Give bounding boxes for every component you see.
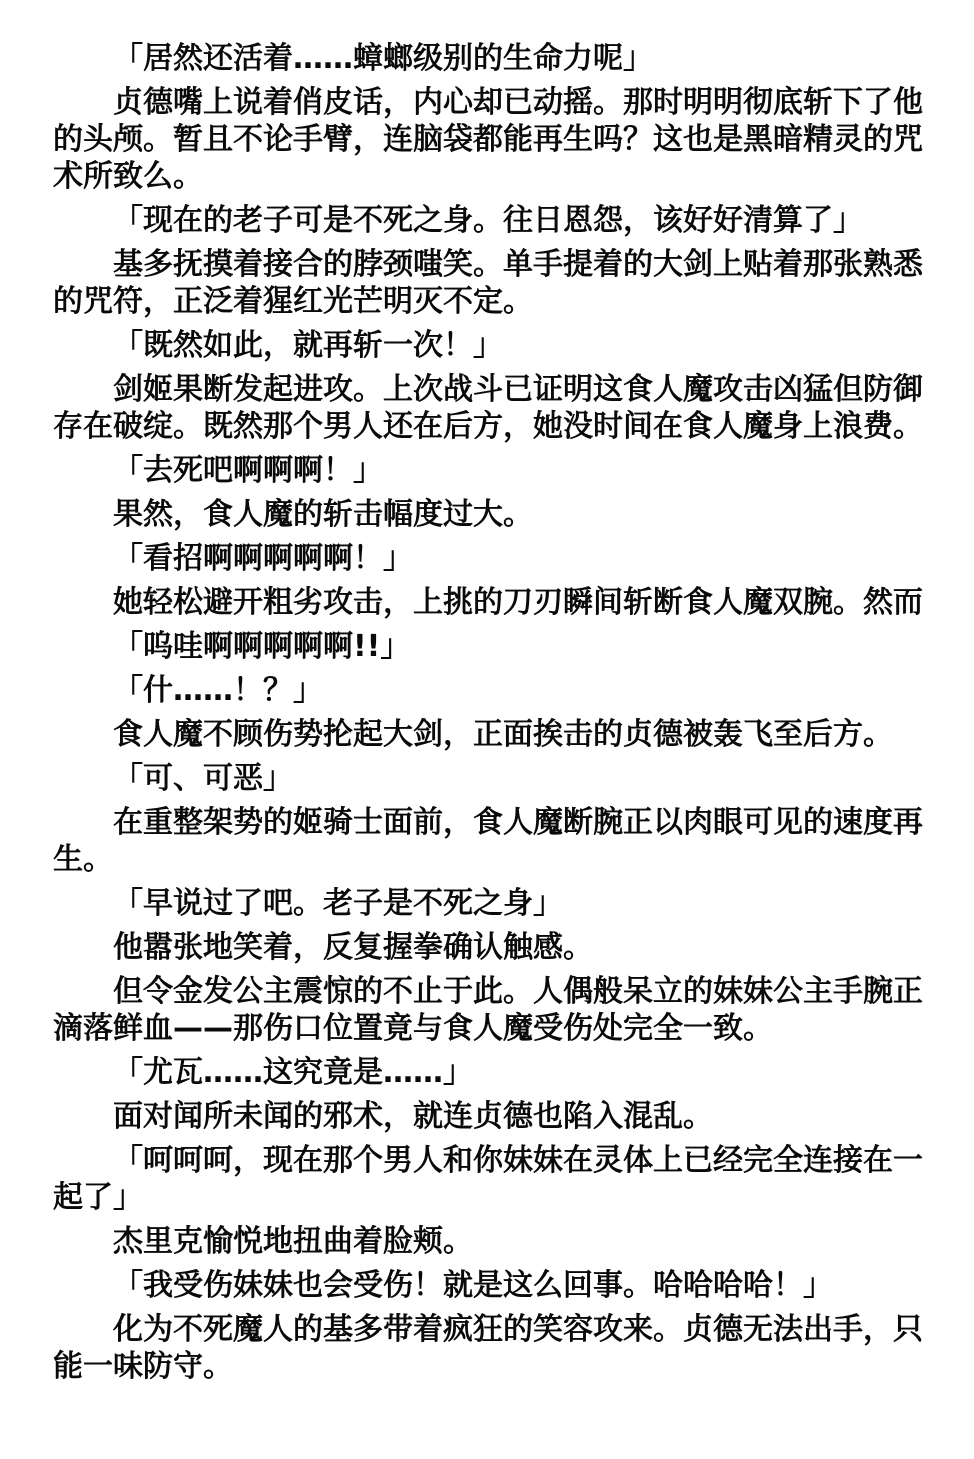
paragraph: 化为不死魔人的基多带着疯狂的笑容攻来。贞德无法出手，只能一味防守。 (53, 1311, 925, 1385)
paragraph: 「呜哇啊啊啊啊啊!!」 (53, 628, 925, 665)
paragraph: 「可、可恶」 (53, 760, 925, 797)
paragraph: 「看招啊啊啊啊啊！」 (53, 540, 925, 577)
paragraph: 「什……！？」 (53, 672, 925, 709)
paragraph: 他嚣张地笑着，反复握拳确认触感。 (53, 929, 925, 966)
paragraph: 剑姬果断发起进攻。上次战斗已证明这食人魔攻击凶猛但防御存在破绽。既然那个男人还在… (53, 371, 925, 445)
paragraph: 食人魔不顾伤势抡起大剑，正面挨击的贞德被轰飞至后方。 (53, 716, 925, 753)
paragraph: 「既然如此，就再斩一次！」 (53, 327, 925, 364)
paragraph: 「尤瓦……这究竟是……」 (53, 1054, 925, 1091)
paragraph: 在重整架势的姬骑士面前，食人魔断腕正以肉眼可见的速度再生。 (53, 804, 925, 878)
paragraph: 基多抚摸着接合的脖颈嗤笑。单手提着的大剑上贴着那张熟悉的咒符，正泛着猩红光芒明灭… (53, 246, 925, 320)
reader-page: 「居然还活着……蟑螂级别的生命力呢」 贞德嘴上说着俏皮话，内心却已动摇。那时明明… (0, 0, 974, 1459)
paragraph: 果然，食人魔的斩击幅度过大。 (53, 496, 925, 533)
paragraph: 「我受伤妹妹也会受伤！就是这么回事。哈哈哈哈！」 (53, 1267, 925, 1304)
paragraph: 「早说过了吧。老子是不死之身」 (53, 885, 925, 922)
paragraph: 贞德嘴上说着俏皮话，内心却已动摇。那时明明彻底斩下了他的头颅。暂且不论手臂，连脑… (53, 84, 925, 195)
paragraph: 面对闻所未闻的邪术，就连贞德也陷入混乱。 (53, 1098, 925, 1135)
paragraph: 「居然还活着……蟑螂级别的生命力呢」 (53, 40, 925, 77)
paragraph: 「呵呵呵，现在那个男人和你妹妹在灵体上已经完全连接在一起了」 (53, 1142, 925, 1216)
paragraph: 「现在的老子可是不死之身。往日恩怨，该好好清算了」 (53, 202, 925, 239)
paragraph: 杰里克愉悦地扭曲着脸颊。 (53, 1223, 925, 1260)
paragraph: 她轻松避开粗劣攻击，上挑的刀刃瞬间斩断食人魔双腕。然而 (53, 584, 925, 621)
paragraph: 但令金发公主震惊的不止于此。人偶般呆立的妹妹公主手腕正滴落鲜血——那伤口位置竟与… (53, 973, 925, 1047)
novel-text-body: 「居然还活着……蟑螂级别的生命力呢」 贞德嘴上说着俏皮话，内心却已动摇。那时明明… (0, 0, 974, 1385)
paragraph: 「去死吧啊啊啊！」 (53, 452, 925, 489)
